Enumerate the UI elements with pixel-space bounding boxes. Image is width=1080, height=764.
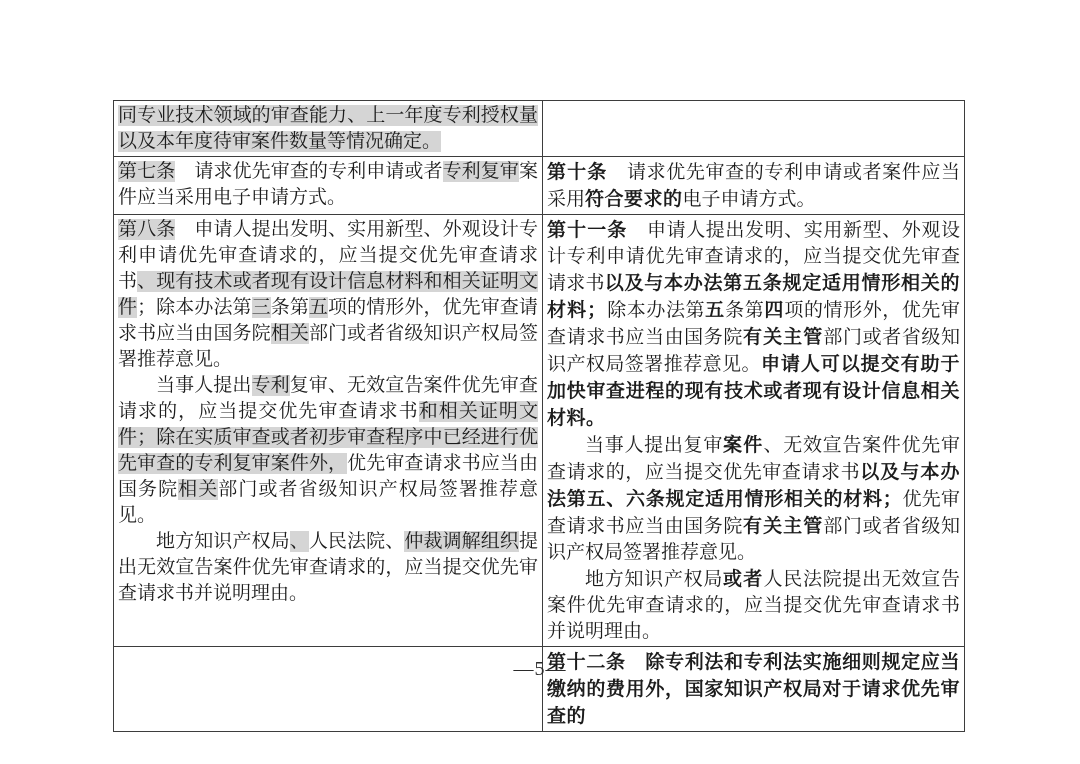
deleted-text: 三 bbox=[252, 297, 271, 318]
table-row: 同专业技术领域的审查能力、上一年度专利授权量以及本年度待审案件数量等情况确定。 bbox=[114, 101, 965, 157]
added-text: 有关主管 bbox=[743, 326, 823, 348]
body-text: 当事人提出 bbox=[156, 375, 252, 396]
table-row: 第七条 请求优先审查的专利申请或者专利复审案件应当采用电子申请方式。 第十条 请… bbox=[114, 157, 965, 215]
page-number: —5— bbox=[0, 658, 1080, 681]
paragraph: 第八条 申请人提出发明、实用新型、外观设计专利申请优先审查请求的，应当提交优先审… bbox=[118, 217, 538, 373]
body-text: 电子申请方式。 bbox=[683, 189, 816, 210]
deleted-text: 五 bbox=[309, 297, 328, 318]
comparison-table: 同专业技术领域的审查能力、上一年度专利授权量以及本年度待审案件数量等情况确定。 … bbox=[113, 100, 965, 732]
paragraph: 当事人提出专利复审、无效宣告案件优先审查请求的，应当提交优先审查请求书和相关证明… bbox=[118, 373, 538, 529]
added-text: 有关主管 bbox=[743, 515, 823, 537]
body-text: ；除本办法第 bbox=[137, 297, 252, 318]
paragraph: 同专业技术领域的审查能力、上一年度专利授权量以及本年度待审案件数量等情况确定。 bbox=[118, 103, 538, 155]
deleted-text: 、 bbox=[290, 531, 309, 552]
body-text: 请求优先审查的专利申请或者 bbox=[175, 161, 442, 182]
new-text-cell-row1 bbox=[543, 101, 965, 157]
body-text: 人民法院、 bbox=[309, 531, 405, 552]
body-text: 除本办法第 bbox=[607, 300, 705, 321]
deleted-text: 专利 bbox=[252, 375, 290, 396]
deleted-text: 专利复审 bbox=[443, 161, 519, 182]
paragraph: 第七条 请求优先审查的专利申请或者专利复审案件应当采用电子申请方式。 bbox=[118, 159, 538, 211]
paragraph: 当事人提出复审案件、无效宣告案件优先审查请求的，应当提交优先审查请求书以及与本办… bbox=[547, 432, 960, 566]
new-text-cell-row2: 第十条 请求优先审查的专利申请或者案件应当采用符合要求的电子申请方式。 bbox=[543, 157, 965, 215]
paragraph: 地方知识产权局或者人民法院提出无效宣告案件优先审查请求的，应当提交优先审查请求书… bbox=[547, 566, 960, 645]
body-text: 条第 bbox=[271, 297, 309, 318]
deleted-text: 仲裁调解组织 bbox=[404, 531, 519, 552]
body-text: 当事人提出复审 bbox=[585, 435, 723, 456]
added-text: 案件 bbox=[723, 434, 763, 456]
body-text: 地方知识产权局 bbox=[585, 569, 723, 590]
added-text: 或者 bbox=[723, 568, 763, 590]
added-text: 四 bbox=[764, 299, 784, 321]
paragraph: 第十条 请求优先审查的专利申请或者案件应当采用符合要求的电子申请方式。 bbox=[547, 159, 960, 213]
deleted-text: 第七条 bbox=[118, 161, 175, 182]
added-text: 符合要求的 bbox=[585, 188, 683, 210]
new-text-cell-row3: 第十一条 申请人提出发明、实用新型、外观设计专利申请优先审查请求的，应当提交优先… bbox=[543, 215, 965, 647]
old-text-cell-row3: 第八条 申请人提出发明、实用新型、外观设计专利申请优先审查请求的，应当提交优先审… bbox=[114, 215, 543, 647]
added-text: 第十一条 bbox=[547, 219, 627, 241]
deleted-text: 相关 bbox=[178, 479, 218, 500]
paragraph: 第十一条 申请人提出发明、实用新型、外观设计专利申请优先审查请求的，应当提交优先… bbox=[547, 217, 960, 432]
added-text: 五 bbox=[705, 299, 725, 321]
old-text-cell-row1: 同专业技术领域的审查能力、上一年度专利授权量以及本年度待审案件数量等情况确定。 bbox=[114, 101, 543, 157]
added-text: 第十条 bbox=[547, 161, 607, 183]
deleted-text: 同专业技术领域的审查能力、上一年度专利授权量以及本年度待审案件数量等情况确定。 bbox=[118, 105, 538, 152]
deleted-text: 相关 bbox=[271, 323, 309, 344]
deleted-text: 第八条 bbox=[118, 219, 175, 240]
body-text: 条第 bbox=[725, 300, 764, 321]
old-text-cell-row2: 第七条 请求优先审查的专利申请或者专利复审案件应当采用电子申请方式。 bbox=[114, 157, 543, 215]
table-row: 第八条 申请人提出发明、实用新型、外观设计专利申请优先审查请求的，应当提交优先审… bbox=[114, 215, 965, 647]
body-text: 地方知识产权局 bbox=[156, 531, 290, 552]
paragraph: 地方知识产权局、人民法院、仲裁调解组织提出无效宣告案件优先审查请求的，应当提交优… bbox=[118, 529, 538, 607]
